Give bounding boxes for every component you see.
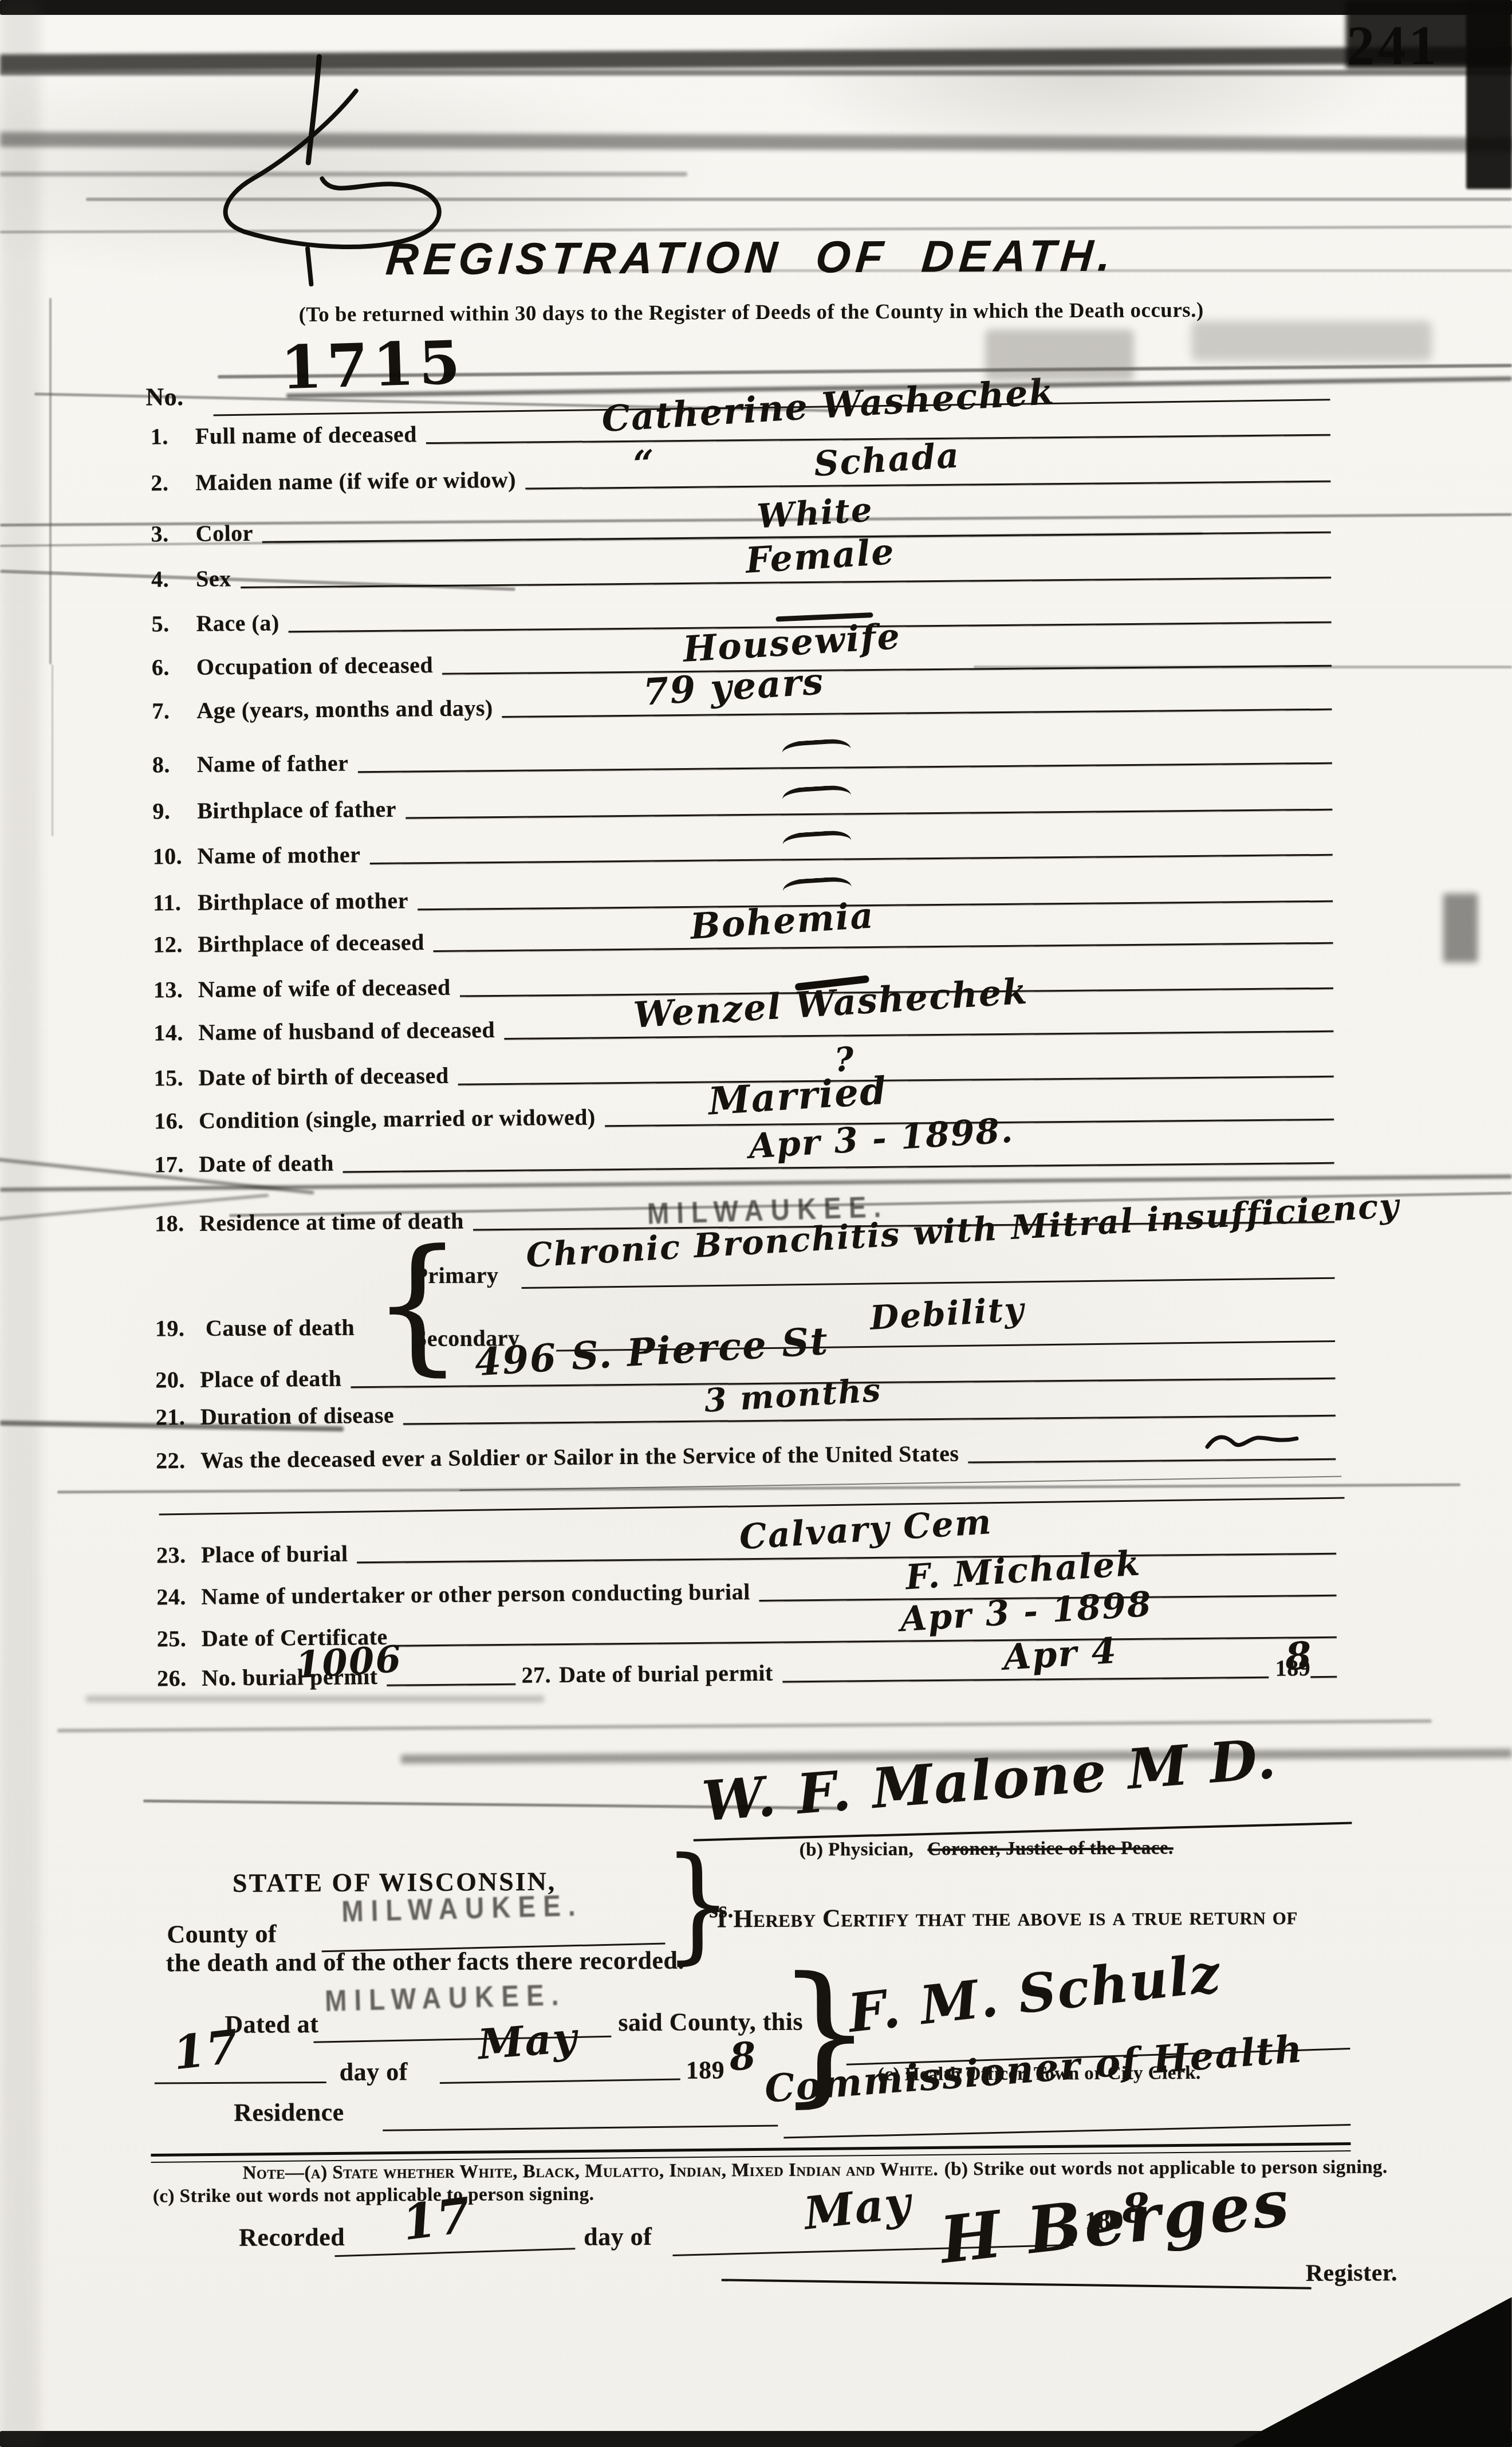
scan-streak <box>0 70 1512 76</box>
cause-secondary-label: Secondary <box>414 1325 520 1351</box>
scanned-death-registration: { "page": { "number": "241" }, "header":… <box>0 0 1512 2447</box>
section-divider-rule-1 <box>151 2142 1350 2157</box>
field-row-8: 8.Name of father <box>152 730 1332 777</box>
dated-day-rule <box>155 2082 326 2084</box>
field-label: Birthplace of father <box>197 796 396 823</box>
permit-year-written: 8 <box>1283 1633 1314 1679</box>
certify-line-1: I Hereby Certify that the above is a tru… <box>716 1902 1298 1933</box>
cause-brace: { <box>371 1230 464 1378</box>
field-label: Occupation of deceased <box>196 652 434 679</box>
field-rule <box>369 854 1332 864</box>
field-number: 7. <box>152 698 196 723</box>
cause-of-death-block: 19. Cause of death { Primary Chronic Bro… <box>155 1234 1438 1375</box>
field-number: 18. <box>155 1211 199 1236</box>
field-row-16: 16.Condition (single, married or widowed… <box>154 1086 1334 1134</box>
field-row-17: 17.Date of deathApr 3 - 1898. <box>154 1130 1334 1177</box>
form-title: REGISTRATION OF DEATH. <box>0 227 1509 288</box>
recorded-month-value: May <box>801 2176 914 2240</box>
scan-streak <box>974 666 1512 668</box>
register-signature-rule <box>722 2279 1312 2289</box>
field-value <box>782 738 852 764</box>
field-number: 23. <box>156 1543 201 1568</box>
field-rule <box>782 1677 1269 1683</box>
scan-smudge <box>0 0 40 2447</box>
field-label: Name of undertaker or other person condu… <box>201 1579 750 1609</box>
field-value <box>782 829 852 855</box>
field-number: 6. <box>152 655 196 680</box>
field-label: Place of burial <box>201 1541 348 1567</box>
field-number: 15. <box>154 1065 199 1091</box>
field-number: 10. <box>152 844 197 869</box>
field-rule <box>405 809 1332 819</box>
field-number: 25. <box>157 1626 202 1651</box>
said-county-label: said County, this <box>618 2008 803 2036</box>
field-row-24: 24.Name of undertaker or other person co… <box>156 1562 1336 1610</box>
certify-line-2: the death and of the other facts there r… <box>166 1947 684 1977</box>
field-number: 5. <box>151 611 196 636</box>
field-number: 9. <box>152 798 197 824</box>
dated-day-value: 17 <box>171 2019 242 2080</box>
clerk-signature: F. M. Schulz <box>845 1942 1224 2044</box>
field-value: White <box>756 490 875 536</box>
ditto-mark: “ <box>632 442 657 486</box>
field-number: 17. <box>154 1152 199 1177</box>
field-label: Name of mother <box>197 842 360 868</box>
field-label: Maiden name (if wife or widow) <box>195 467 516 494</box>
dated-month-value: May <box>476 2013 579 2069</box>
scan-streak <box>515 269 1512 272</box>
recorded-day-of-label: day of <box>584 2223 652 2251</box>
dated-at-label: Dated at <box>225 2011 318 2038</box>
scan-streak <box>86 198 1512 201</box>
field-number: 26. <box>157 1666 202 1691</box>
field-row-22: 22.Was the deceased ever a Soldier or Sa… <box>156 1426 1336 1473</box>
field-value: Apr 4 <box>1002 1630 1119 1678</box>
field-rule <box>458 1076 1334 1085</box>
field-label: Age (years, months and days) <box>196 695 493 723</box>
residence-rule <box>383 2125 778 2131</box>
field-number: 22. <box>156 1448 200 1473</box>
field-number: 13. <box>153 977 198 1002</box>
physician-label-prefix: (b) Physician, <box>800 1839 914 1860</box>
scan-smudge <box>52 664 53 836</box>
field-label: Date of birth of deceased <box>199 1063 449 1090</box>
cause-secondary-value: Debility <box>869 1289 1026 1337</box>
field-value <box>1204 1429 1301 1457</box>
residence-rule-2 <box>783 2124 1350 2138</box>
field-row-12: 12.Birthplace of deceasedBohemia <box>153 910 1333 957</box>
field-row-2: 2.Maiden name (if wife or widow)“Schada <box>151 448 1330 495</box>
field-number: 16. <box>154 1108 199 1134</box>
burial-permit-row: 26. No. burial permit 27. Date of burial… <box>157 1643 1337 1691</box>
residence-label: Residence <box>234 2099 344 2127</box>
field-label: Full name of deceased <box>195 422 418 449</box>
field-number: 1. <box>151 424 195 449</box>
field-label: Date of burial permit <box>559 1660 773 1687</box>
scan-smudge <box>1191 321 1432 361</box>
scan-streak <box>0 0 1512 15</box>
note-line-2: (c) Strike out words not applicable to p… <box>153 2185 594 2208</box>
field-number: 11. <box>153 890 198 915</box>
field-rule <box>358 762 1332 773</box>
field-label: Name of wife of deceased <box>198 975 451 1002</box>
scan-paper-background: 241 REGISTRATION OF DEATH. (To be return… <box>0 0 1512 2447</box>
field-label: Was the deceased ever a Soldier or Sailo… <box>200 1441 959 1473</box>
field-label: Name of father <box>197 750 349 777</box>
register-signature: H Berges <box>936 2165 1294 2279</box>
field-number: 24. <box>156 1584 201 1610</box>
field-value: Calvary Cem <box>738 1502 993 1557</box>
field-rule <box>1310 1676 1337 1678</box>
field-row-9: 9.Birthplace of father <box>152 776 1332 824</box>
field-number: 8. <box>152 752 197 777</box>
dated-at-stamp: MILWAUKEE. <box>324 1977 566 2018</box>
county-label: County of <box>167 1920 277 1948</box>
dated-month-rule <box>440 2079 680 2084</box>
field-label: Race (a) <box>196 610 279 636</box>
recorded-label: Recorded <box>239 2224 345 2251</box>
field-row-7: 7.Age (years, months and days)79 years <box>152 676 1332 723</box>
field-rule <box>418 900 1333 911</box>
scan-streak <box>0 172 687 176</box>
recorded-day-rule <box>334 2248 575 2257</box>
register-label: Register. <box>1305 2260 1397 2287</box>
scan-streak <box>1443 894 1478 962</box>
field-number: 19. <box>155 1316 200 1341</box>
note-line-1b: (b) Strike out words not applicable to p… <box>944 2157 1388 2180</box>
scan-smudge <box>49 298 52 664</box>
field-number: 2. <box>151 470 195 495</box>
recorded-day-value: 17 <box>399 2186 475 2252</box>
physician-signature: W. F. Malone M D. <box>700 1726 1279 1834</box>
cause-primary-label: Primary <box>414 1262 498 1288</box>
field-rule <box>357 1553 1337 1564</box>
field-label: Cause of death <box>206 1315 355 1341</box>
field-label: Birthplace of mother <box>198 888 408 915</box>
field-number: 14. <box>153 1020 198 1045</box>
dated-year-written: 8 <box>728 2033 758 2080</box>
cause-secondary-rule <box>556 1340 1335 1352</box>
field-rule <box>387 1683 516 1686</box>
field-label: Condition (single, married or widowed) <box>199 1104 596 1132</box>
county-stamp: MILWAUKEE. <box>341 1888 584 1929</box>
field-number: 12. <box>153 932 198 957</box>
field-rule <box>504 1030 1333 1040</box>
field-rule <box>343 1162 1334 1173</box>
field-number: 27. <box>521 1662 551 1687</box>
blank-continuation-rule <box>159 1497 1345 1516</box>
dated-day-of-label: day of <box>340 2058 408 2086</box>
field-rule <box>403 1415 1336 1425</box>
field-label: Name of husband of deceased <box>198 1017 495 1045</box>
physician-signature-label: (b) Physician, Coroner, Justice of the P… <box>800 1838 1183 1861</box>
note-line-1: Note—(a) State whether White, Black, Mul… <box>243 2159 939 2184</box>
field-value: Schada <box>813 435 961 485</box>
field-label: Birthplace of deceased <box>198 930 424 957</box>
cause-primary-rule <box>522 1277 1335 1289</box>
physician-label-struck: Coroner, Justice of the Peace. <box>927 1838 1173 1859</box>
field-row-14: 14.Name of husband of deceasedWenzel Was… <box>153 998 1333 1045</box>
field-row-23: 23.Place of burialCalvary Cem <box>156 1520 1336 1568</box>
field-rule <box>434 942 1333 952</box>
scan-streak <box>86 1695 544 1702</box>
scan-streak <box>1466 0 1512 189</box>
field-label: Date of death <box>199 1150 334 1176</box>
scan-smudge <box>985 329 1134 381</box>
field-value <box>782 784 852 810</box>
field-row-10: 10.Name of mother <box>152 821 1332 869</box>
dated-year-printed: 189 <box>686 2056 725 2084</box>
field-rule <box>968 1458 1336 1464</box>
field-value: 1006 <box>294 1638 403 1687</box>
field-rule <box>502 709 1332 718</box>
